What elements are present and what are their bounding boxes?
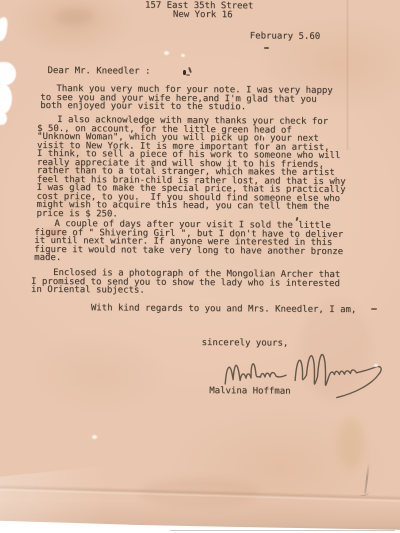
ink-fleck [317, 253, 319, 255]
salutation: Dear Mr. Kneedler : [47, 67, 150, 76]
closing-line: With kind regards to you and Mrs. Kneedl… [91, 304, 357, 314]
paragraph-4: Enclosed is a photograph of the Mongolia… [31, 269, 340, 297]
scan-edge-shadow [170, 530, 395, 531]
paper-speck [181, 54, 185, 57]
paragraph-3: A couple of days after your visit I sold… [34, 220, 343, 265]
ink-fleck [264, 47, 269, 49]
paragraph-1: Thank you very much for your note. I was… [40, 85, 333, 113]
paper-speck [92, 435, 97, 439]
ink-smudge [186, 74, 190, 76]
letter-paper: 157 East 35th Street New York 16 Februar… [0, 0, 400, 533]
paper-speck [164, 51, 169, 55]
handwritten-signature [221, 341, 395, 411]
paragraph-2: I also acknowledge with many thanks your… [36, 116, 346, 220]
paper-speck [374, 364, 378, 367]
ink-fleck [371, 308, 377, 310]
sender-address-line-2: New York 16 [173, 11, 233, 20]
typewritten-text-block: 157 East 35th Street New York 16 Februar… [0, 0, 400, 533]
letter-date: February 5.60 [250, 32, 321, 41]
paper-speck [262, 134, 265, 137]
